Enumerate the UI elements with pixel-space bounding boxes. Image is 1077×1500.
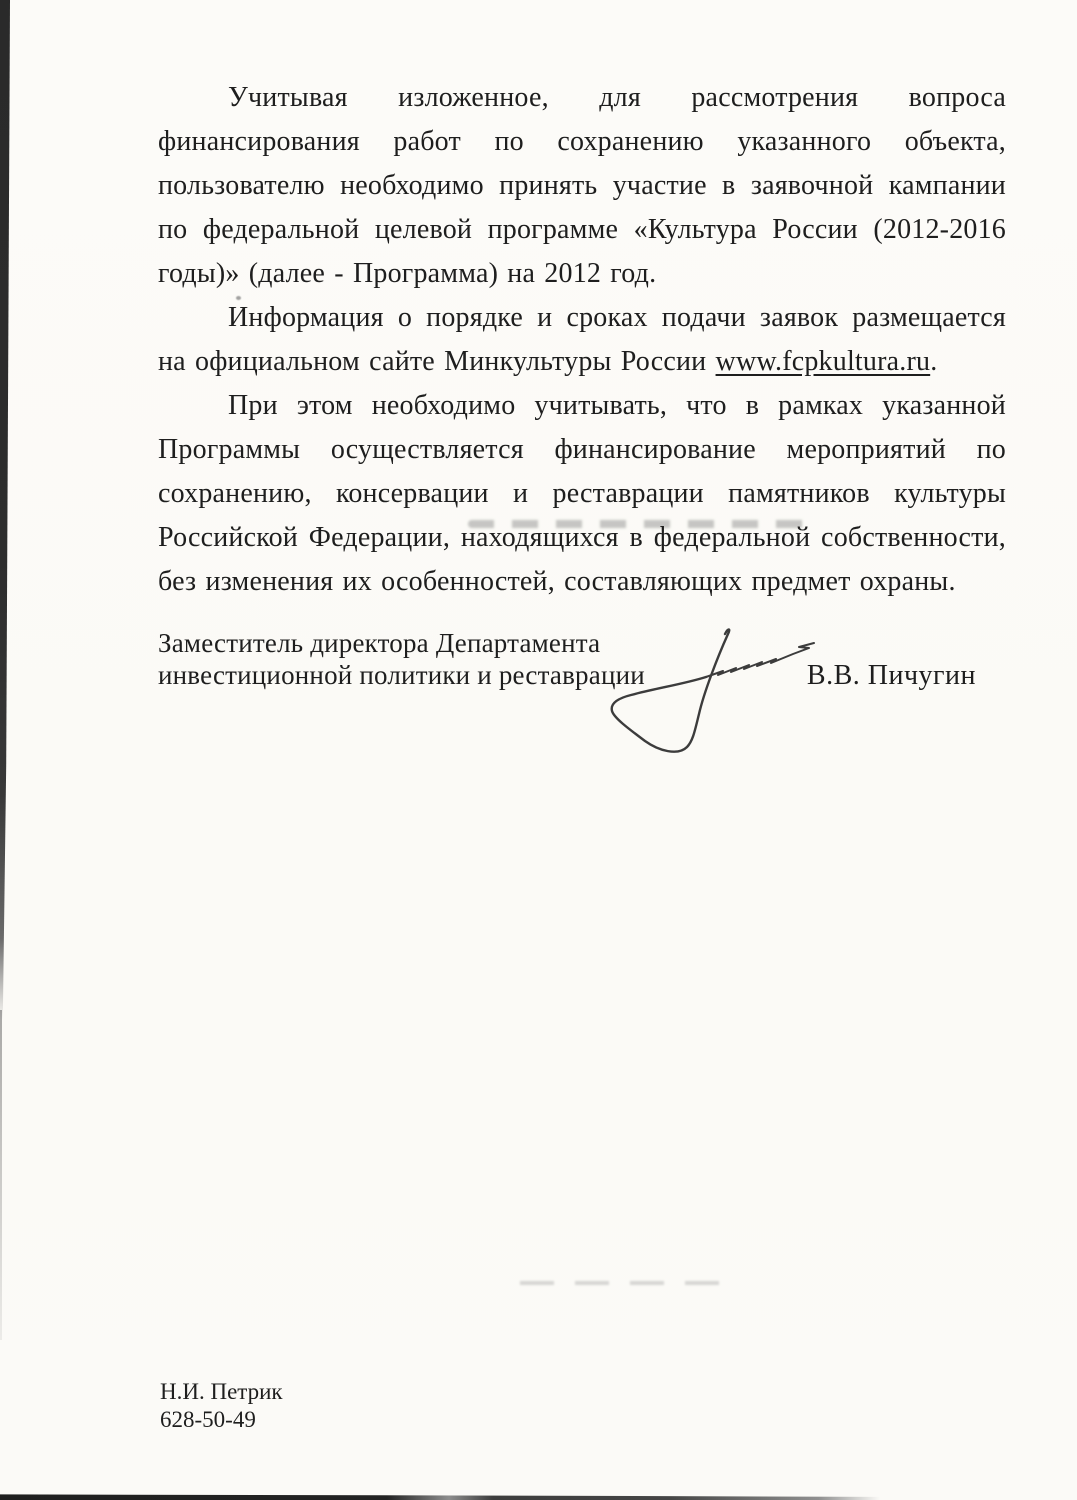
executor-name: Н.И. Петрик (160, 1378, 283, 1406)
executor-phone: 628-50-49 (160, 1406, 283, 1434)
handwritten-signature-icon (601, 622, 841, 767)
paragraph-text: . (930, 346, 937, 377)
body-paragraph-3: При этом необходимо учитывать, что в рам… (158, 384, 1006, 604)
job-title-line-1: Заместитель директора Департамента (158, 627, 1006, 659)
scan-smudge-mark (520, 1281, 725, 1285)
body-paragraph-2: Информация о порядке и сроках подачи зая… (158, 296, 1006, 384)
signer-name: В.В. Пичугин (807, 660, 976, 692)
executor-block: Н.И. Петрик 628-50-49 (160, 1378, 283, 1434)
signature-block: Заместитель директора Департамента инвес… (158, 627, 1006, 777)
website-url: www.fcpkultura.ru (716, 346, 931, 377)
letter-body: Учитывая изложенное, для рассмотрения во… (158, 76, 1006, 604)
paragraph-text: При этом необходимо учитывать, что в рам… (158, 390, 1006, 597)
scan-edge-left-faint (0, 1010, 2, 1340)
scan-edge-bottom (0, 1493, 880, 1500)
paragraph-text: Учитывая изложенное, для рассмотрения во… (158, 82, 1006, 289)
body-paragraph-1: Учитывая изложенное, для рассмотрения во… (158, 76, 1006, 296)
scan-edge-left (0, 0, 10, 1020)
scanned-letter-page: Учитывая изложенное, для рассмотрения во… (0, 0, 1077, 1500)
